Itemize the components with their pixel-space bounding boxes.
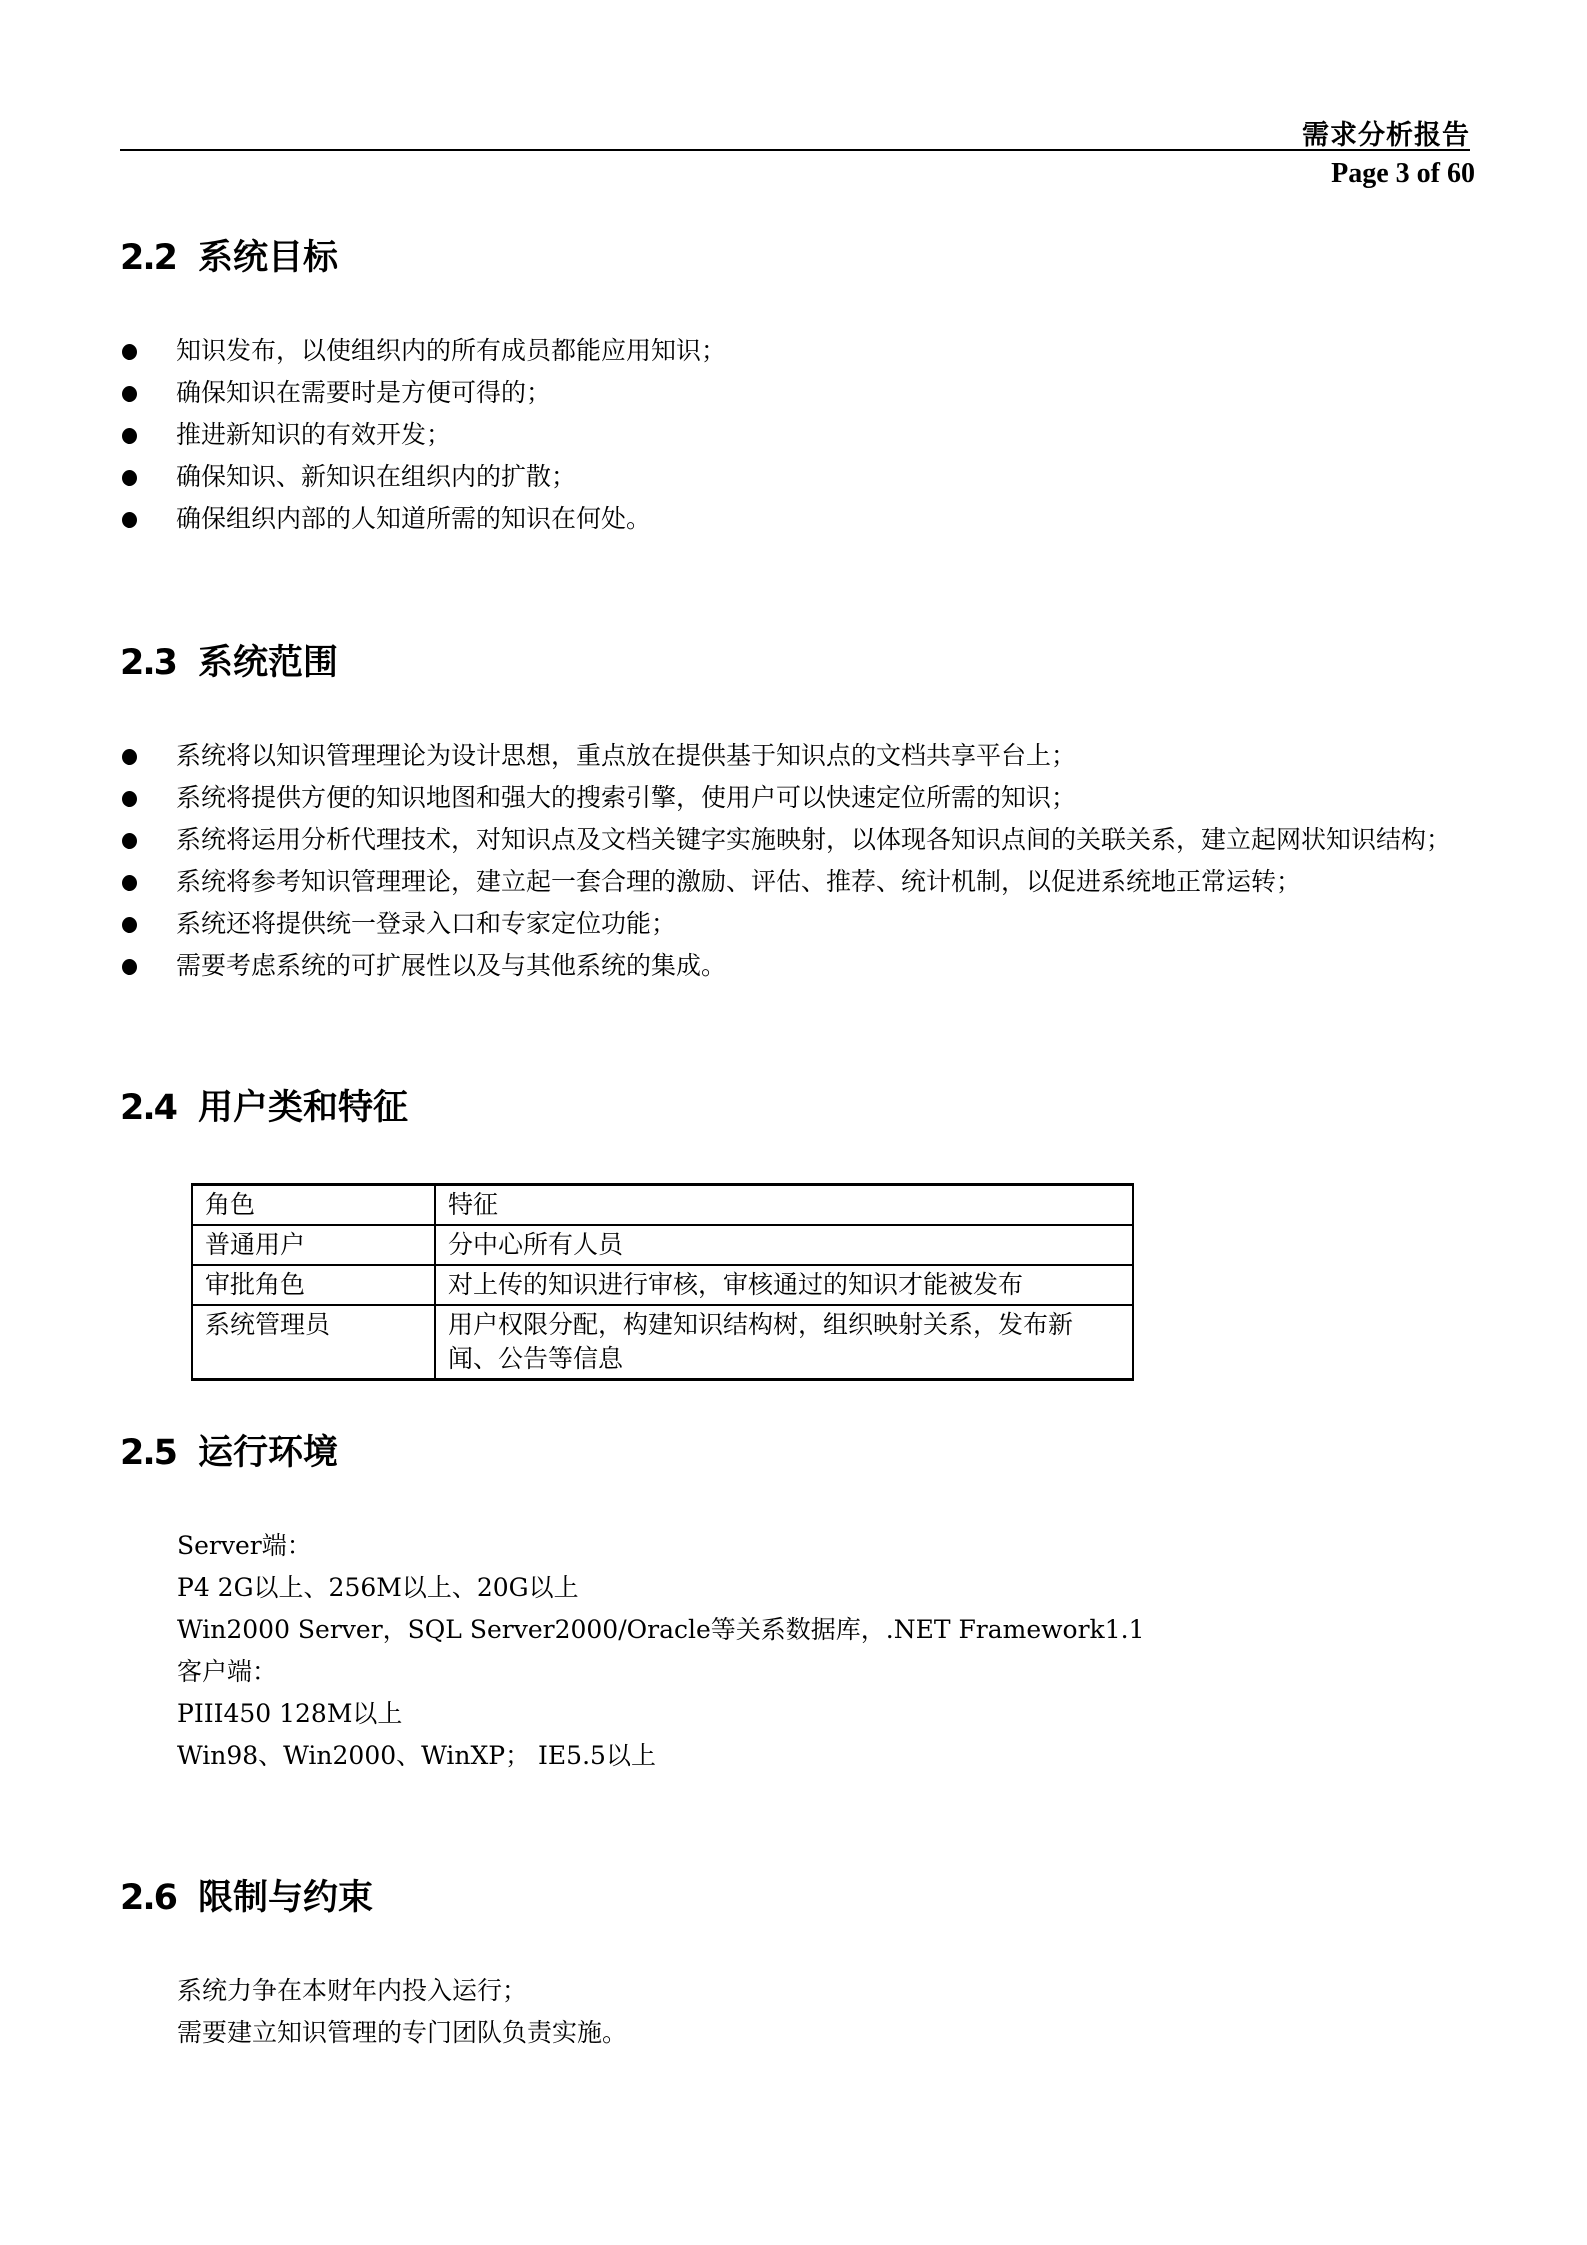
env-line: P4 2G以上、256M以上、20G以上 [177, 1567, 1144, 1609]
table-row: 系统管理员 用户权限分配，构建知识结构树，组织映射关系，发布新闻、公告等信息 [192, 1305, 1133, 1380]
section-title: 用户类和特征 [198, 1088, 408, 1128]
goals-list: 知识发布，以使组织内的所有成员都能应用知识； 确保知识在需要时是方便可得的； 推… [120, 330, 726, 540]
table-cell: 审批角色 [192, 1265, 435, 1305]
section-title: 系统目标 [198, 238, 338, 278]
section-heading-users: 2.4用户类和特征 [120, 1080, 408, 1130]
list-item: 确保知识在需要时是方便可得的； [120, 372, 726, 414]
section-number: 2.2 [120, 238, 176, 278]
section-heading-constraints: 2.6限制与约束 [120, 1870, 373, 1920]
env-line: Win2000 Server，SQL Server2000/Oracle等关系数… [177, 1609, 1144, 1651]
scope-list: 系统将以知识管理理论为设计思想，重点放在提供基于知识点的文档共享平台上； 系统将… [120, 735, 1475, 987]
section-title: 系统范围 [198, 643, 338, 683]
section-heading-environment: 2.5运行环境 [120, 1425, 338, 1475]
constraints-text: 系统力争在本财年内投入运行； 需要建立知识管理的专门团队负责实施。 [177, 1970, 627, 2054]
list-item: 系统将运用分析代理技术，对知识点及文档关键字实施映射，以体现各知识点间的关联关系… [120, 819, 1475, 861]
document-title: 需求分析报告 [1302, 113, 1470, 152]
env-line: 客户端： [177, 1651, 1144, 1693]
section-number: 2.3 [120, 643, 176, 683]
list-item: 系统将以知识管理理论为设计思想，重点放在提供基于知识点的文档共享平台上； [120, 735, 1475, 777]
list-item: 需要考虑系统的可扩展性以及与其他系统的集成。 [120, 945, 1475, 987]
list-item: 确保组织内部的人知道所需的知识在何处。 [120, 498, 726, 540]
section-title: 运行环境 [198, 1433, 338, 1473]
environment-text: Server端： P4 2G以上、256M以上、20G以上 Win2000 Se… [177, 1525, 1144, 1777]
list-item: 知识发布，以使组织内的所有成员都能应用知识； [120, 330, 726, 372]
env-line: Server端： [177, 1525, 1144, 1567]
env-line: PIII450 128M以上 [177, 1693, 1144, 1735]
table-cell: 分中心所有人员 [435, 1225, 1133, 1265]
env-line: Win98、Win2000、WinXP； IE5.5以上 [177, 1735, 1144, 1777]
bullet-icon [122, 875, 137, 891]
table-cell: 对上传的知识进行审核，审核通过的知识才能被发布 [435, 1265, 1133, 1305]
bullet-icon [122, 386, 137, 402]
section-title: 限制与约束 [198, 1878, 373, 1918]
user-roles-table: 角色 特征 普通用户 分中心所有人员 审批角色 对上传的知识进行审核，审核通过的… [191, 1183, 1134, 1381]
list-item: 推进新知识的有效开发； [120, 414, 726, 456]
constraint-line: 需要建立知识管理的专门团队负责实施。 [177, 2012, 627, 2054]
bullet-icon [122, 344, 137, 360]
table-header-cell: 角色 [192, 1185, 435, 1226]
list-item: 系统还将提供统一登录入口和专家定位功能； [120, 903, 1475, 945]
bullet-icon [122, 917, 137, 933]
table-row: 审批角色 对上传的知识进行审核，审核通过的知识才能被发布 [192, 1265, 1133, 1305]
section-number: 2.4 [120, 1088, 176, 1128]
section-number: 2.6 [120, 1878, 176, 1918]
constraint-line: 系统力争在本财年内投入运行； [177, 1970, 627, 2012]
section-heading-goals: 2.2系统目标 [120, 230, 338, 280]
list-item: 系统将提供方便的知识地图和强大的搜索引擎，使用户可以快速定位所需的知识； [120, 777, 1475, 819]
bullet-icon [122, 428, 137, 444]
page-number: Page 3 of 60 [1331, 158, 1475, 190]
list-item: 系统将参考知识管理理论，建立起一套合理的激励、评估、推荐、统计机制，以促进系统地… [120, 861, 1475, 903]
table-header-row: 角色 特征 [192, 1185, 1133, 1226]
bullet-icon [122, 791, 137, 807]
table-row: 普通用户 分中心所有人员 [192, 1225, 1133, 1265]
table-cell: 用户权限分配，构建知识结构树，组织映射关系，发布新闻、公告等信息 [435, 1305, 1133, 1380]
table-cell: 普通用户 [192, 1225, 435, 1265]
bullet-icon [122, 512, 137, 528]
bullet-icon [122, 833, 137, 849]
list-item: 确保知识、新知识在组织内的扩散； [120, 456, 726, 498]
bullet-icon [122, 470, 137, 486]
header-divider [120, 149, 1470, 151]
table-header-cell: 特征 [435, 1185, 1133, 1226]
section-number: 2.5 [120, 1433, 176, 1473]
bullet-icon [122, 749, 137, 765]
table-cell: 系统管理员 [192, 1305, 435, 1380]
bullet-icon [122, 959, 137, 975]
section-heading-scope: 2.3系统范围 [120, 635, 338, 685]
